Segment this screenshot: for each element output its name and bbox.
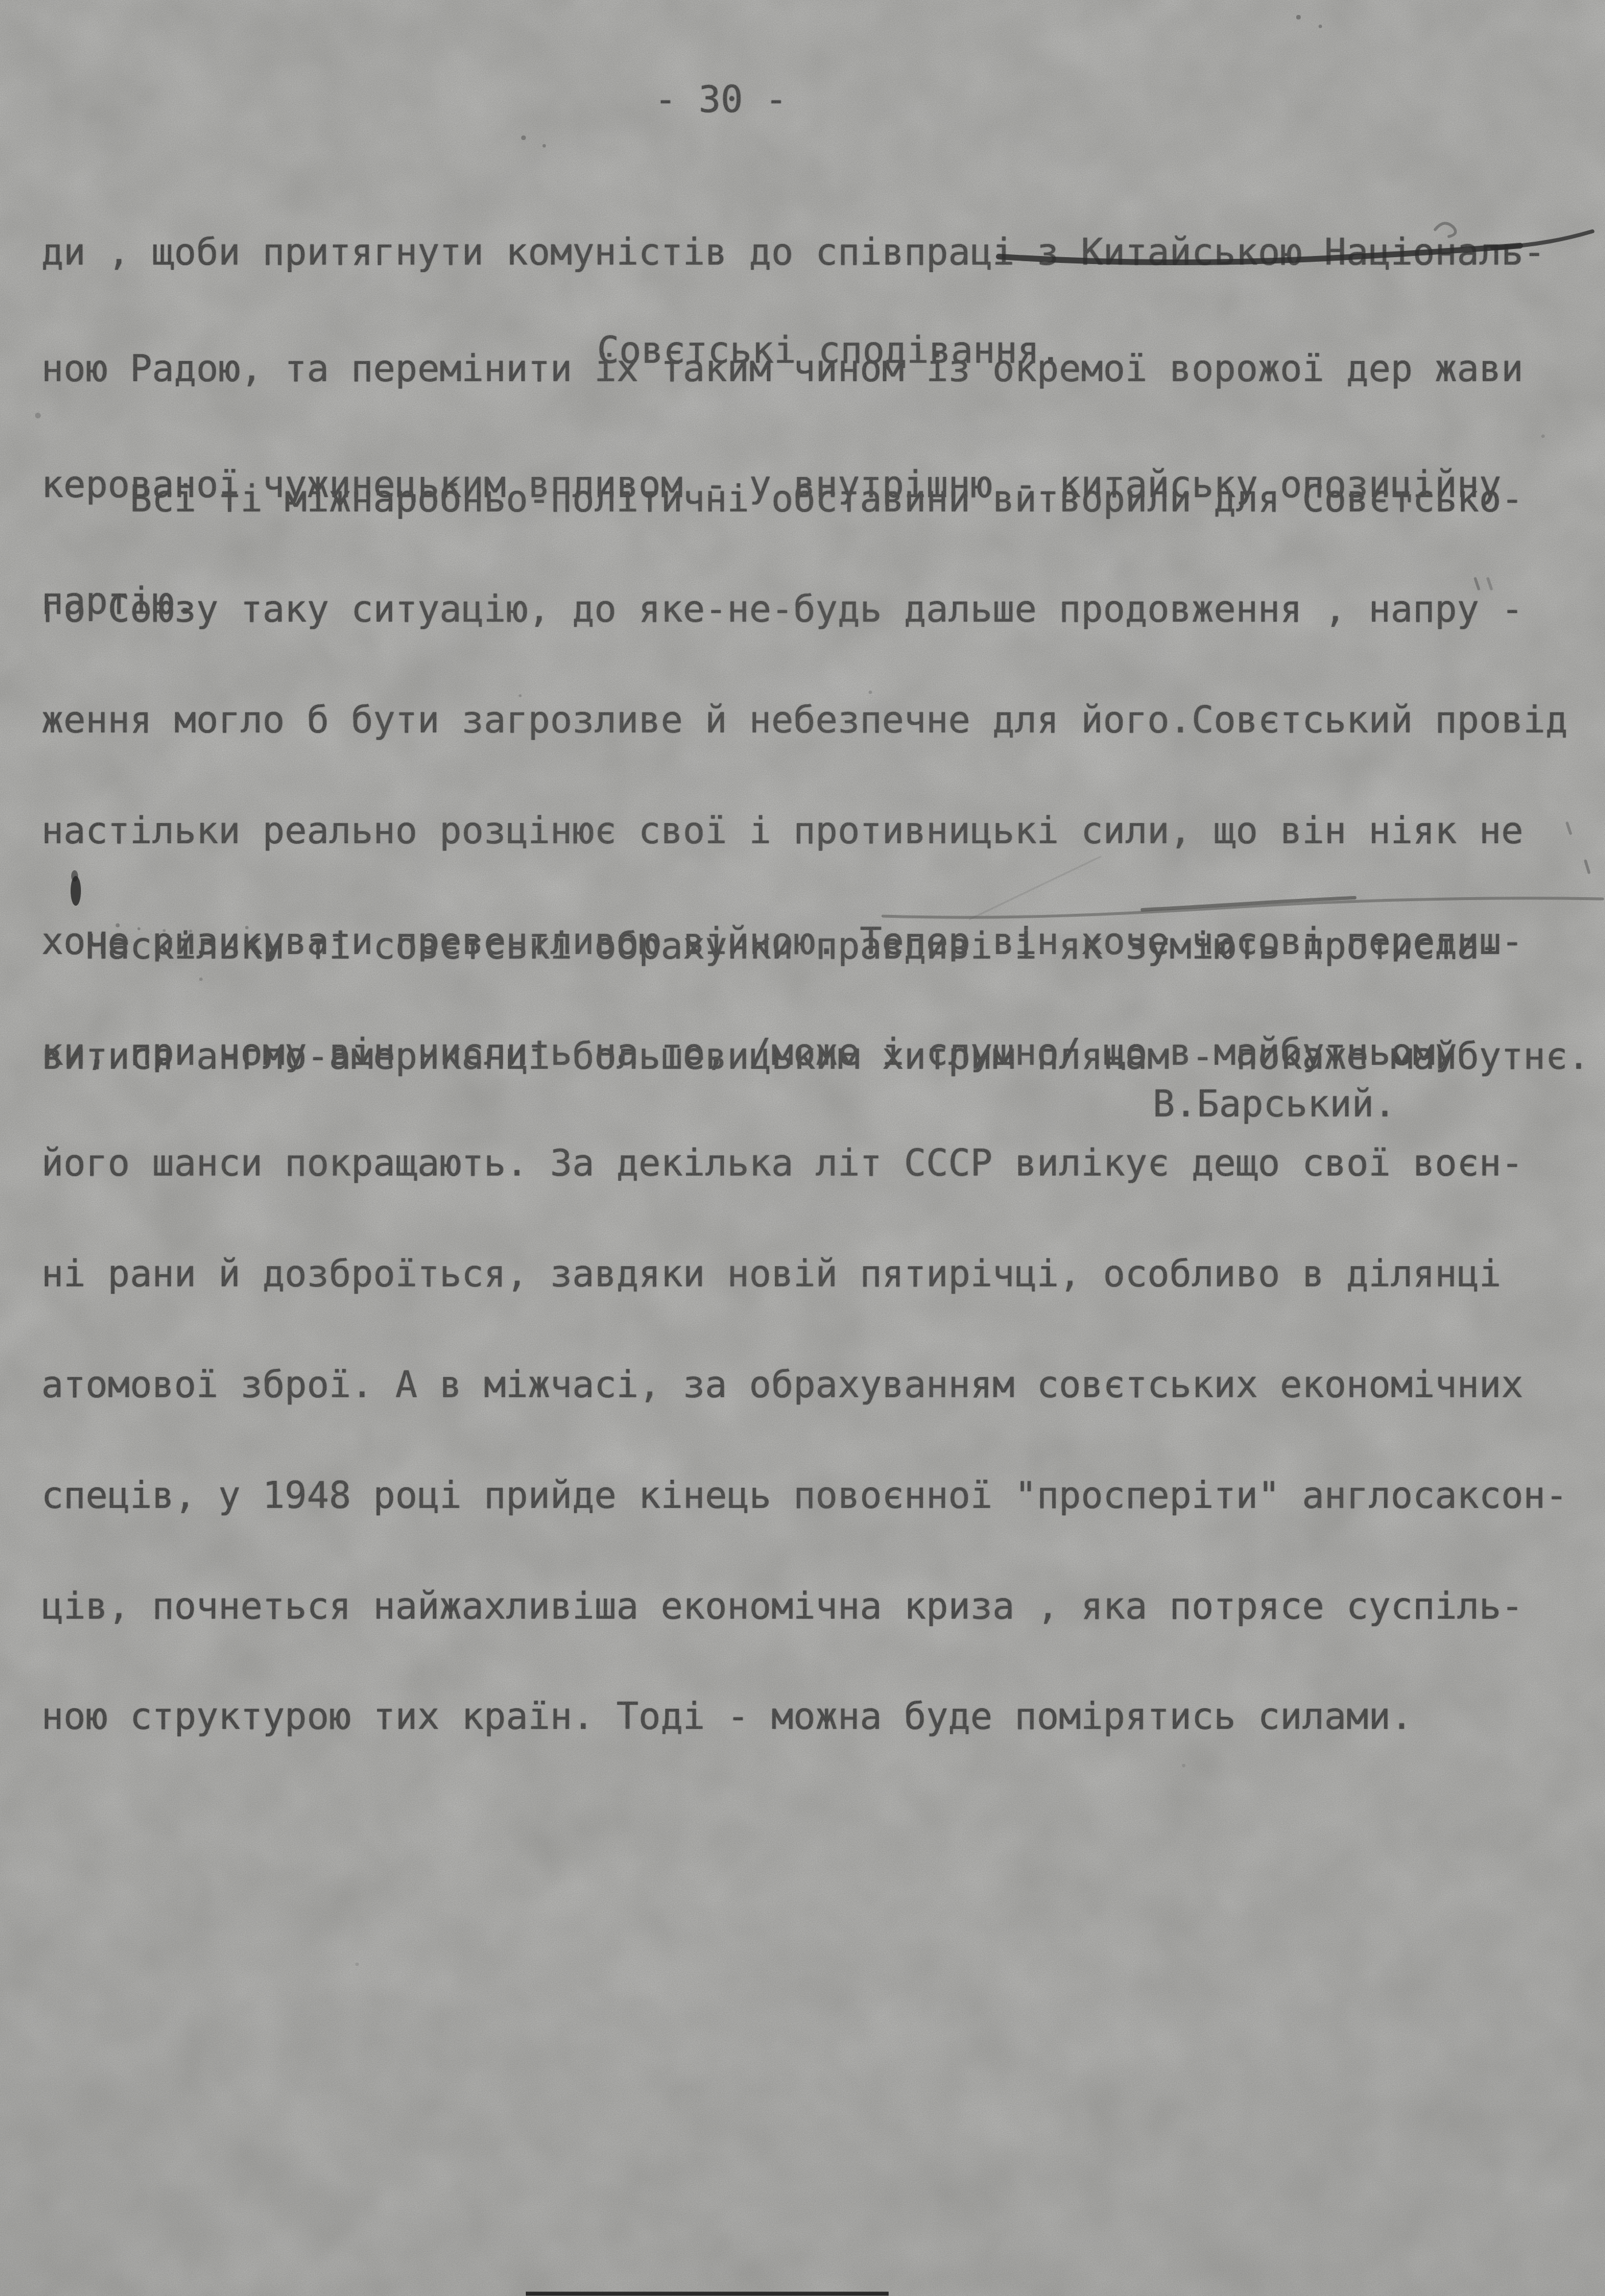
typewritten-line: Наскільки ті совєтські обрахунки правдив… [41,928,1590,965]
author-signature: В.Барський. [1153,1086,1396,1123]
typewritten-line: спеців, у 1948 році прийде кінець повоєн… [41,1477,1568,1514]
section-heading: Совєтські сподівання. [597,332,1061,369]
scanned-typewritten-page: - 30 - ди , щоби притягнути комуністів д… [0,0,1605,2296]
typewritten-line: настільки реально розцінює свої і против… [41,813,1568,850]
typewritten-line: ження могло б бути загрозливе й небезпеч… [41,702,1568,739]
typewritten-line: ди , щоби притягнути комуністів до співп… [41,234,1545,273]
page-number: - 30 - [654,82,787,118]
typewritten-line: ців, почнеться найжахливіша економічна к… [41,1588,1568,1625]
typewritten-line: його шанси покращають. За декілька літ С… [41,1145,1568,1182]
typewritten-line: витися англо-американці большевицьким хи… [41,1038,1590,1075]
typewritten-line: ною структурою тих країн. Тоді - можна б… [41,1698,1568,1735]
typewritten-line: Всі ті міжнаробньо-політичні обставини в… [41,481,1568,518]
typewritten-line: ні рани й дозброїться, завдяки новій пят… [41,1256,1568,1293]
typewritten-line: го Союзу таку ситуацію, до яке-не-будь д… [41,591,1568,628]
typewritten-line: атомової зброї. А в міжчасі, за обрахува… [41,1367,1568,1403]
